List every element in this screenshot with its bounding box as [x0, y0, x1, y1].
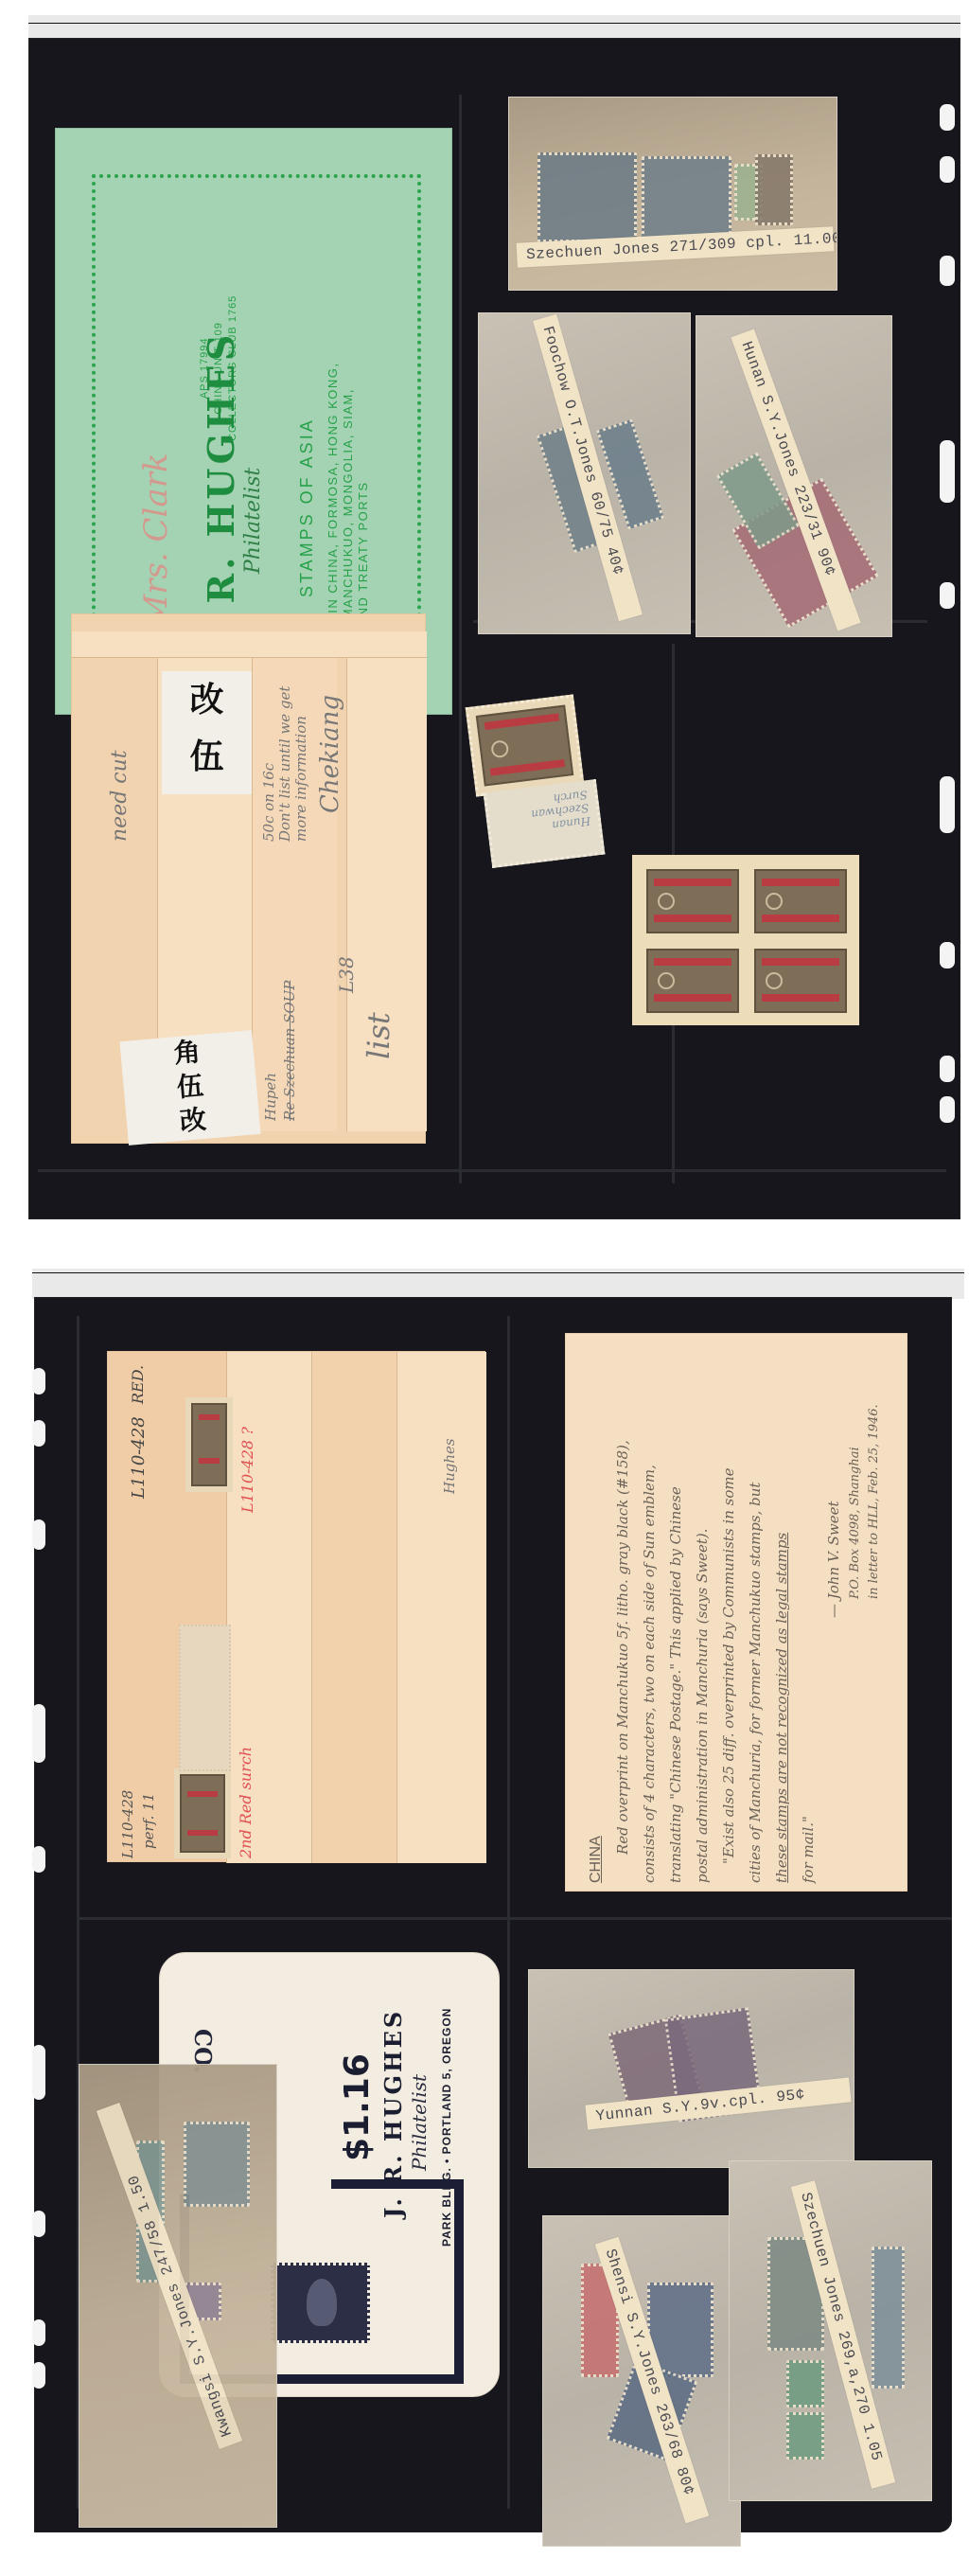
binder-hole	[32, 1368, 45, 1395]
sun-emblem	[766, 972, 783, 989]
red-overprint	[762, 994, 839, 1002]
note-title: CHINA	[583, 1343, 609, 1883]
stamp	[640, 862, 746, 940]
glassine-shensi: Shensi S.Y.Jones 263/68 80¢	[542, 2215, 741, 2547]
red-overprint	[762, 879, 839, 886]
red-overprint	[654, 915, 731, 922]
stamp-design	[476, 704, 573, 786]
binder-hole	[32, 1420, 45, 1447]
overprint-chip: 改 伍	[162, 671, 252, 794]
pocket-divider	[459, 95, 462, 1183]
note-line: translating "Chinese Postage." This appl…	[662, 1343, 689, 1883]
catalog-note: L110-428	[119, 1790, 136, 1858]
blank-stamp-mount	[179, 1625, 231, 1771]
stamp	[755, 154, 793, 225]
stamp	[872, 2247, 905, 2389]
stamp	[748, 862, 854, 940]
note-line: "Exist also 25 diff. overprinted by Comm…	[715, 1343, 742, 1883]
glassine-hunan: Hunan S.Y.Jones 223/31 90¢	[696, 315, 892, 637]
stamp	[748, 942, 854, 1020]
top-page-header-rule	[28, 23, 960, 24]
surcharged-stamp	[174, 1768, 231, 1858]
binder-hole	[940, 942, 955, 968]
sun-emblem	[658, 893, 675, 910]
note-line: postal administration in Manchuria (says…	[689, 1343, 715, 1883]
red-overprint	[199, 1414, 220, 1420]
glassine-yunnan: Yunnan S.Y.9v.cpl. 95¢	[528, 1969, 854, 2168]
red-overprint	[654, 958, 731, 966]
envelope-headline: STAMPS OF ASIA	[297, 417, 317, 597]
perforation-note: perf. 11	[140, 1793, 157, 1849]
dealer-subtitle: Philatelist	[241, 468, 265, 574]
overprinted-stamp-with-selvage	[466, 694, 585, 796]
glassine-szechuen-2: Szechuen Jones 269,a,270 1.05	[729, 2160, 932, 2501]
stamp-selvage-note: Hunan Szechwan Surch	[484, 779, 606, 868]
china-note-card: CHINA Red overprint on Manchukuo 5f. lit…	[565, 1333, 907, 1892]
card-fold	[311, 1352, 396, 1863]
stamp	[786, 2412, 824, 2460]
dealer-name: J. R. HUGHES	[200, 331, 242, 654]
dealer-note: Hughes	[441, 1438, 458, 1494]
note-need-cut: need cut	[108, 750, 132, 842]
binder-hole	[940, 1096, 955, 1123]
binder-hole	[940, 104, 955, 131]
dealer-subtitle: Philatelist	[408, 2074, 431, 2171]
red-overprint	[762, 958, 839, 966]
price-amount: $1.16	[338, 2053, 377, 2161]
stamp-design	[754, 869, 847, 933]
note-signature: in letter to HLL, Feb. 25, 1946.	[865, 1343, 884, 1883]
binder-hole	[940, 582, 955, 609]
stamp-design	[754, 949, 847, 1013]
sun-yat-sen-stamp	[271, 2263, 370, 2343]
red-overprint	[490, 759, 565, 776]
stamp	[786, 2360, 824, 2407]
note-l38: L38	[335, 956, 358, 993]
binder-hole	[32, 1846, 45, 1873]
binder-hole	[940, 156, 955, 183]
surcharge-note: 2nd Red surch	[237, 1747, 255, 1858]
stamp	[537, 152, 637, 242]
binder-hole	[32, 2319, 45, 2346]
binder-hole	[32, 2362, 45, 2389]
note-chekiang: Chekiang	[316, 695, 344, 813]
card-fold	[72, 631, 427, 658]
note-signature: P.O. Box 4098, Shanghai	[846, 1343, 865, 1883]
glassine-szechuen: Szechuen Jones 271/309 cpl. 11.00	[508, 97, 837, 291]
price-card-frame-right	[454, 2179, 464, 2208]
catalog-note: L110-428 ?	[238, 1427, 256, 1513]
red-overprint	[199, 1458, 220, 1464]
manila-stock-card: 改 伍 角 伍 改 need cut 50c on 16c Don't list…	[71, 613, 426, 1144]
catalog-note-red: RED.	[129, 1365, 147, 1404]
note-text-block: CHINA Red overprint on Manchukuo 5f. lit…	[583, 1343, 884, 1883]
note-line: consists of 4 characters, two on each si…	[636, 1343, 662, 1883]
sun-emblem	[490, 739, 509, 758]
binder-hole	[940, 440, 955, 503]
red-overprint	[187, 1791, 218, 1797]
sun-emblem	[766, 893, 783, 910]
note-hupeh: Hupeh Re Szechuan SOUP	[261, 981, 299, 1121]
block-of-four-stamps	[632, 855, 859, 1025]
note-line: these stamps are not recognized as legal…	[768, 1343, 795, 1883]
binder-hole	[940, 1056, 955, 1082]
bottom-page-header-rule	[32, 1272, 964, 1273]
binder-hole	[32, 1704, 45, 1763]
note-surcharge: 50c on 16c Don't list until we get more …	[261, 686, 309, 842]
stamp-design	[180, 1774, 225, 1853]
glassine-kwangsi: Kwangsi S.Y.Jones 247/58 1.50	[79, 2064, 277, 2528]
pocket-divider	[38, 1169, 946, 1172]
stamp-design	[646, 949, 739, 1013]
stamp-portrait	[307, 2279, 337, 2326]
stamp-design	[191, 1403, 227, 1486]
surcharged-stamp	[185, 1397, 233, 1492]
stamp-stock-card: L110-428 RED. L110-428 ? L110-428 perf. …	[107, 1351, 485, 1862]
binder-hole	[940, 776, 955, 833]
red-overprint	[654, 994, 731, 1002]
stamp	[640, 942, 746, 1020]
note-signature: — John V. Sweet	[821, 1343, 846, 1883]
stamp	[184, 2122, 250, 2207]
red-overprint	[484, 713, 559, 730]
stamp-design	[646, 869, 739, 933]
card-fold	[346, 658, 427, 1131]
sun-emblem	[658, 972, 675, 989]
binder-hole	[940, 256, 955, 286]
note-line: for mail."	[795, 1343, 821, 1883]
stamp	[642, 156, 731, 241]
binder-hole	[32, 1519, 45, 1550]
overprint-chip: 角 伍 改	[119, 1030, 260, 1146]
catalog-note: L110-428	[129, 1416, 149, 1499]
note-line: cities of Manchuria, for former Manchuku…	[742, 1343, 768, 1883]
red-overprint	[654, 879, 731, 886]
glassine-foochow: Foochow O.T.Jones 60/75 40¢	[478, 312, 691, 634]
note-list: list	[361, 1012, 396, 1059]
note-line: Red overprint on Manchukuo 5f. litho. gr…	[609, 1343, 636, 1883]
red-overprint	[762, 915, 839, 922]
pocket-divider	[77, 1917, 952, 1920]
pocket-divider	[507, 1316, 510, 2509]
card-fold	[396, 1352, 486, 1863]
binder-hole	[32, 2045, 45, 2100]
price-card-frame-top	[331, 2179, 464, 2189]
binder-hole	[32, 2211, 45, 2237]
red-overprint	[187, 1830, 218, 1836]
